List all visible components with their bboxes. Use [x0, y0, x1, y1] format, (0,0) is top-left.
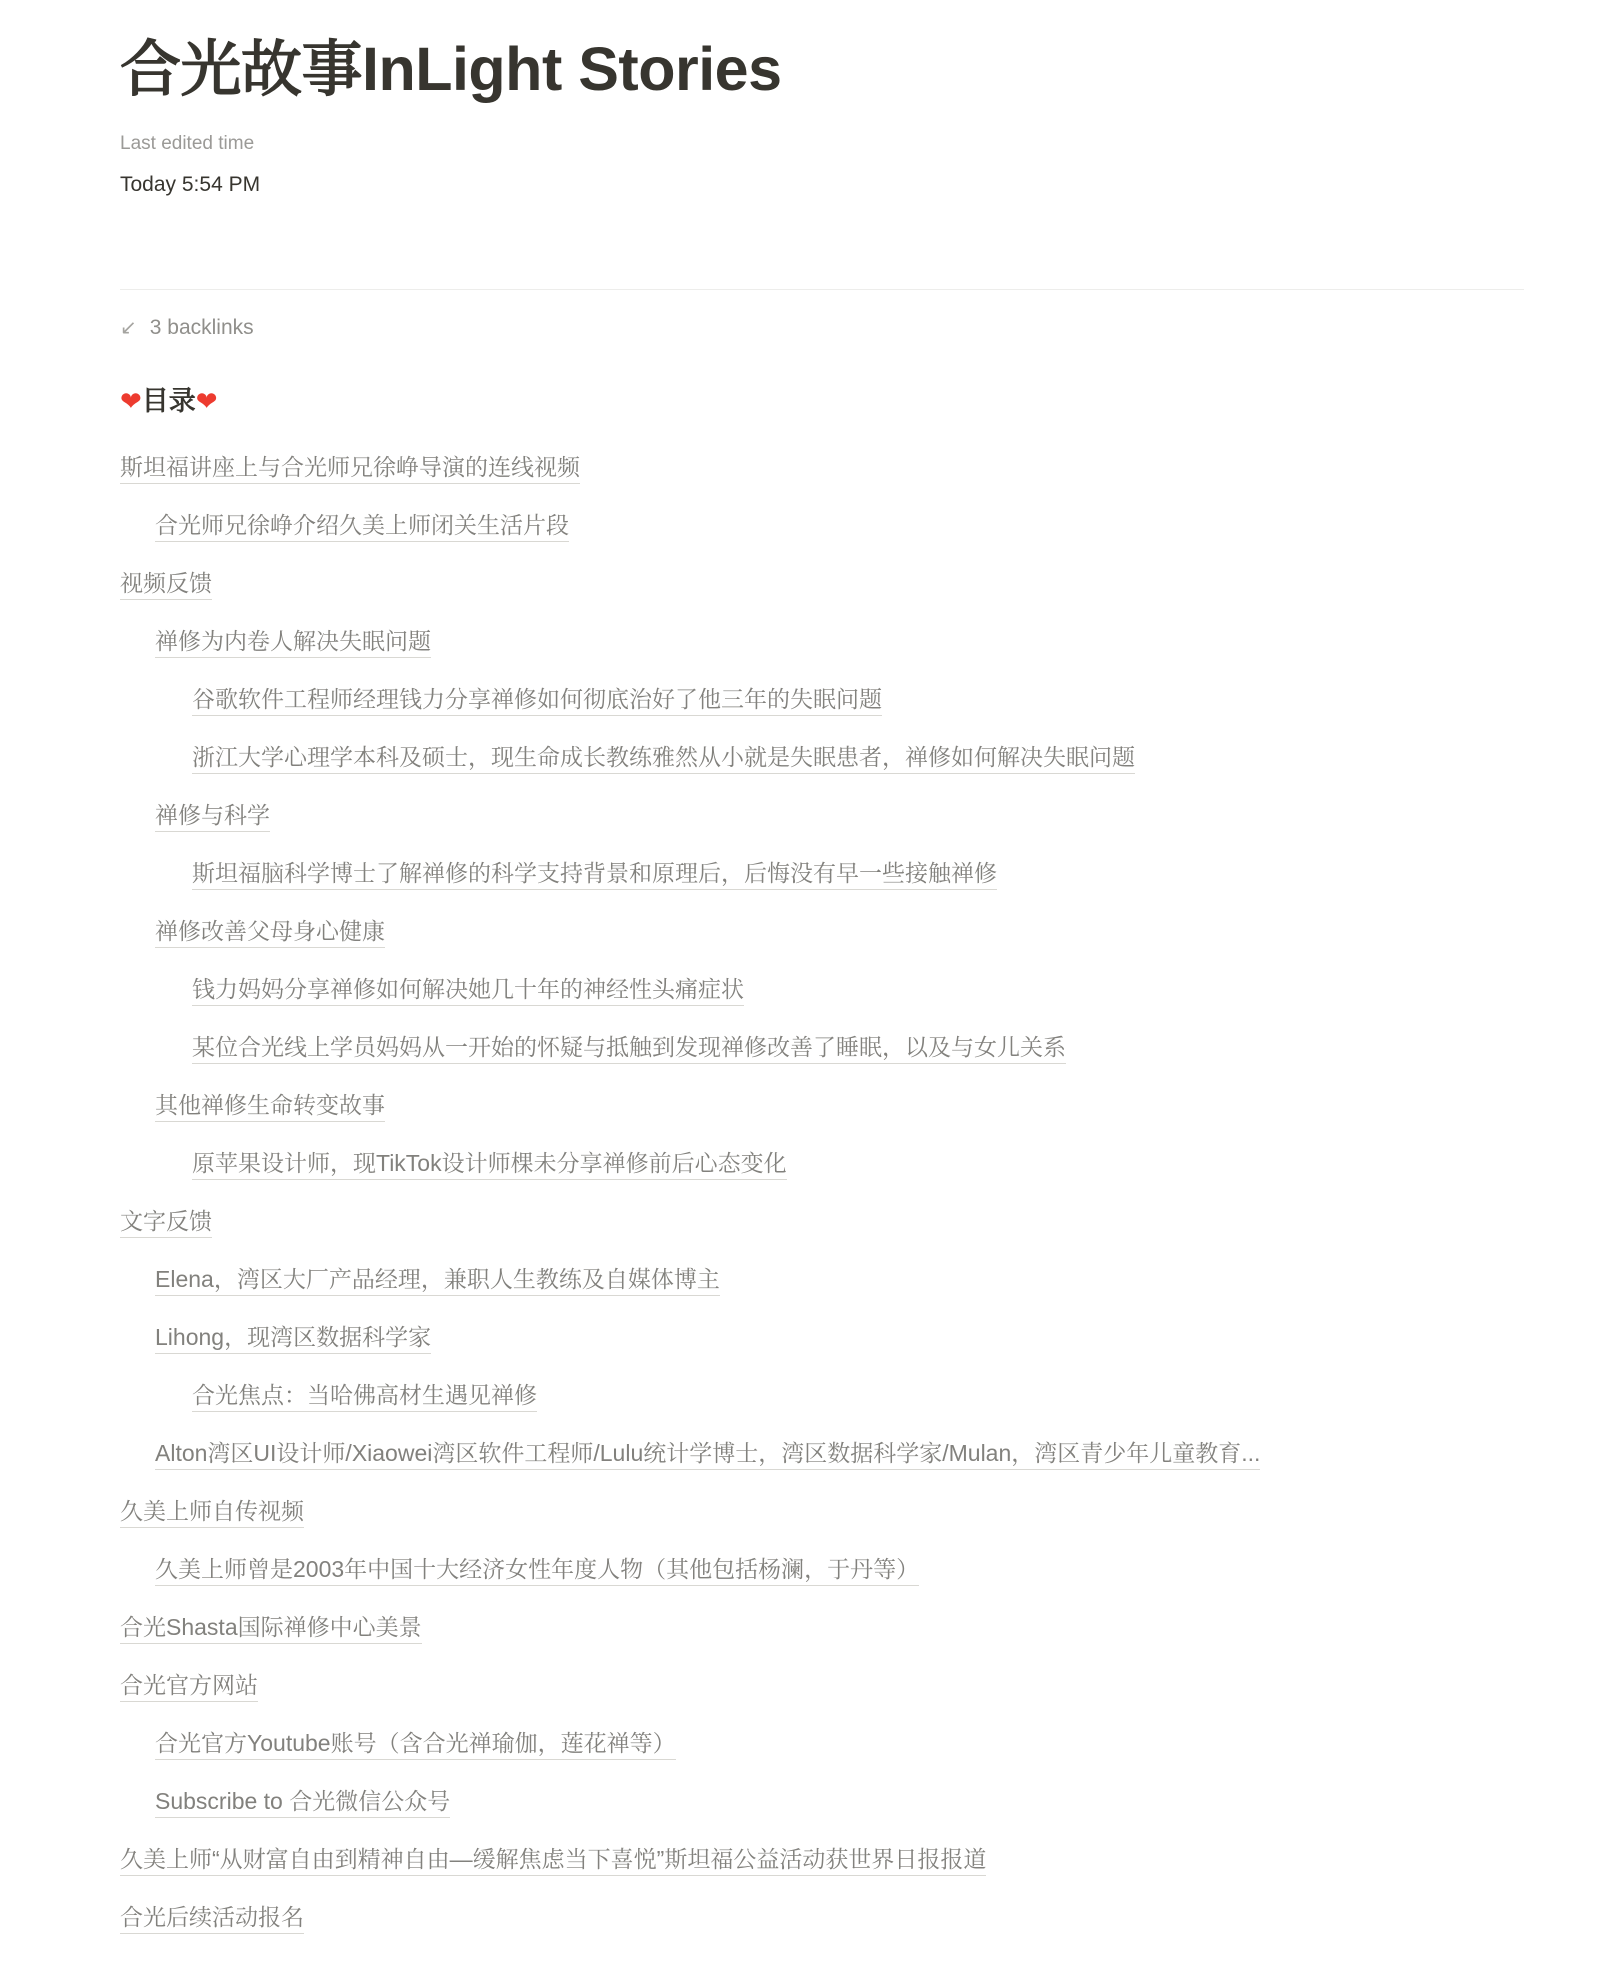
table-of-contents: 斯坦福讲座上与合光师兄徐峥导演的连线视频合光师兄徐峥介绍久美上师闭关生活片段视频… [120, 439, 1524, 1947]
toc-row: 斯坦福脑科学博士了解禅修的科学支持背景和原理后，后悔没有早一些接触禅修 [120, 845, 1524, 903]
toc-link[interactable]: 久美上师自传视频 [120, 1496, 304, 1528]
toc-row: 谷歌软件工程师经理钱力分享禅修如何彻底治好了他三年的失眠问题 [120, 671, 1524, 729]
toc-link[interactable]: 禅修与科学 [155, 800, 270, 832]
backlinks-toggle[interactable]: ↙ 3 backlinks [120, 316, 254, 340]
toc-row: 合光师兄徐峥介绍久美上师闭关生活片段 [120, 497, 1524, 555]
divider [120, 289, 1524, 290]
toc-row: 某位合光线上学员妈妈从一开始的怀疑与抵触到发现禅修改善了睡眠，以及与女儿关系 [120, 1019, 1524, 1077]
toc-row: 禅修改善父母身心健康 [120, 903, 1524, 961]
toc-link[interactable]: 禅修改善父母身心健康 [155, 916, 385, 948]
toc-link[interactable]: 合光Shasta国际禅修中心美景 [120, 1612, 422, 1644]
page-title: 合光故事InLight Stories [120, 36, 1524, 103]
toc-row: 合光焦点：当哈佛高材生遇见禅修 [120, 1367, 1524, 1425]
toc-row: 久美上师“从财富自由到精神自由—缓解焦虑当下喜悦”斯坦福公益活动获世界日报报道 [120, 1831, 1524, 1889]
heart-icon: ❤ [120, 386, 142, 416]
backlinks-label: 3 backlinks [150, 316, 254, 340]
toc-link[interactable]: 视频反馈 [120, 568, 212, 600]
toc-link[interactable]: 久美上师“从财富自由到精神自由—缓解焦虑当下喜悦”斯坦福公益活动获世界日报报道 [120, 1844, 986, 1876]
last-edited-time-label: Last edited time [120, 133, 1524, 155]
toc-row: 合光官方网站 [120, 1657, 1524, 1715]
toc-link[interactable]: 原苹果设计师，现TikTok设计师棵未分享禅修前后心态变化 [192, 1148, 787, 1180]
toc-link[interactable]: Alton湾区UI设计师/Xiaowei湾区软件工程师/Lulu统计学博士，湾区… [155, 1438, 1260, 1470]
toc-link[interactable]: 合光官方Youtube账号（含合光禅瑜伽，莲花禅等） [155, 1728, 676, 1760]
toc-row: 钱力妈妈分享禅修如何解决她几十年的神经性头痛症状 [120, 961, 1524, 1019]
toc-row: Alton湾区UI设计师/Xiaowei湾区软件工程师/Lulu统计学博士，湾区… [120, 1425, 1524, 1483]
toc-row: 合光Shasta国际禅修中心美景 [120, 1599, 1524, 1657]
toc-row: 斯坦福讲座上与合光师兄徐峥导演的连线视频 [120, 439, 1524, 497]
toc-link[interactable]: 禅修为内卷人解决失眠问题 [155, 626, 431, 658]
toc-link[interactable]: 浙江大学心理学本科及硕士，现生命成长教练雅然从小就是失眠患者，禅修如何解决失眠问… [192, 742, 1135, 774]
toc-row: 浙江大学心理学本科及硕士，现生命成长教练雅然从小就是失眠患者，禅修如何解决失眠问… [120, 729, 1524, 787]
toc-link[interactable]: 合光后续活动报名 [120, 1902, 304, 1934]
toc-row: 禅修为内卷人解决失眠问题 [120, 613, 1524, 671]
toc-link[interactable]: 文字反馈 [120, 1206, 212, 1238]
toc-row: 视频反馈 [120, 555, 1524, 613]
toc-row: Lihong，现湾区数据科学家 [120, 1309, 1524, 1367]
toc-link[interactable]: 谷歌软件工程师经理钱力分享禅修如何彻底治好了他三年的失眠问题 [192, 684, 882, 716]
toc-row: 原苹果设计师，现TikTok设计师棵未分享禅修前后心态变化 [120, 1135, 1524, 1193]
toc-link[interactable]: Lihong，现湾区数据科学家 [155, 1322, 431, 1354]
toc-link[interactable]: 钱力妈妈分享禅修如何解决她几十年的神经性头痛症状 [192, 974, 744, 1006]
toc-link[interactable]: 斯坦福讲座上与合光师兄徐峥导演的连线视频 [120, 452, 580, 484]
toc-row: 合光官方Youtube账号（含合光禅瑜伽，莲花禅等） [120, 1715, 1524, 1773]
toc-link[interactable]: Subscribe to 合光微信公众号 [155, 1786, 450, 1818]
toc-row: 久美上师自传视频 [120, 1483, 1524, 1541]
page-properties: Last edited time Today 5:54 PM [120, 133, 1524, 198]
toc-link[interactable]: 其他禅修生命转变故事 [155, 1090, 385, 1122]
toc-row: Subscribe to 合光微信公众号 [120, 1773, 1524, 1831]
toc-link[interactable]: 合光焦点：当哈佛高材生遇见禅修 [192, 1380, 537, 1412]
toc-row: 禅修与科学 [120, 787, 1524, 845]
toc-link[interactable]: 合光官方网站 [120, 1670, 258, 1702]
arrow-down-left-icon: ↙ [120, 318, 137, 338]
toc-row: 久美上师曾是2003年中国十大经济女性年度人物（其他包括杨澜，于丹等） [120, 1541, 1524, 1599]
last-edited-time-value[interactable]: Today 5:54 PM [120, 172, 1524, 198]
toc-link[interactable]: 合光师兄徐峥介绍久美上师闭关生活片段 [155, 510, 569, 542]
heart-icon: ❤ [196, 386, 218, 416]
toc-row: 其他禅修生命转变故事 [120, 1077, 1524, 1135]
toc-link[interactable]: 某位合光线上学员妈妈从一开始的怀疑与抵触到发现禅修改善了睡眠，以及与女儿关系 [192, 1032, 1066, 1064]
toc-row: 合光后续活动报名 [120, 1889, 1524, 1947]
toc-link[interactable]: 久美上师曾是2003年中国十大经济女性年度人物（其他包括杨澜，于丹等） [155, 1554, 919, 1586]
toc-heading-text: 目录 [142, 386, 196, 416]
toc-row: 文字反馈 [120, 1193, 1524, 1251]
toc-heading: ❤目录❤ [120, 383, 1524, 419]
toc-row: Elena，湾区大厂产品经理，兼职人生教练及自媒体博主 [120, 1251, 1524, 1309]
toc-link[interactable]: 斯坦福脑科学博士了解禅修的科学支持背景和原理后，后悔没有早一些接触禅修 [192, 858, 997, 890]
notion-page: 合光故事InLight Stories Last edited time Tod… [0, 0, 1600, 1957]
toc-link[interactable]: Elena，湾区大厂产品经理，兼职人生教练及自媒体博主 [155, 1264, 720, 1296]
